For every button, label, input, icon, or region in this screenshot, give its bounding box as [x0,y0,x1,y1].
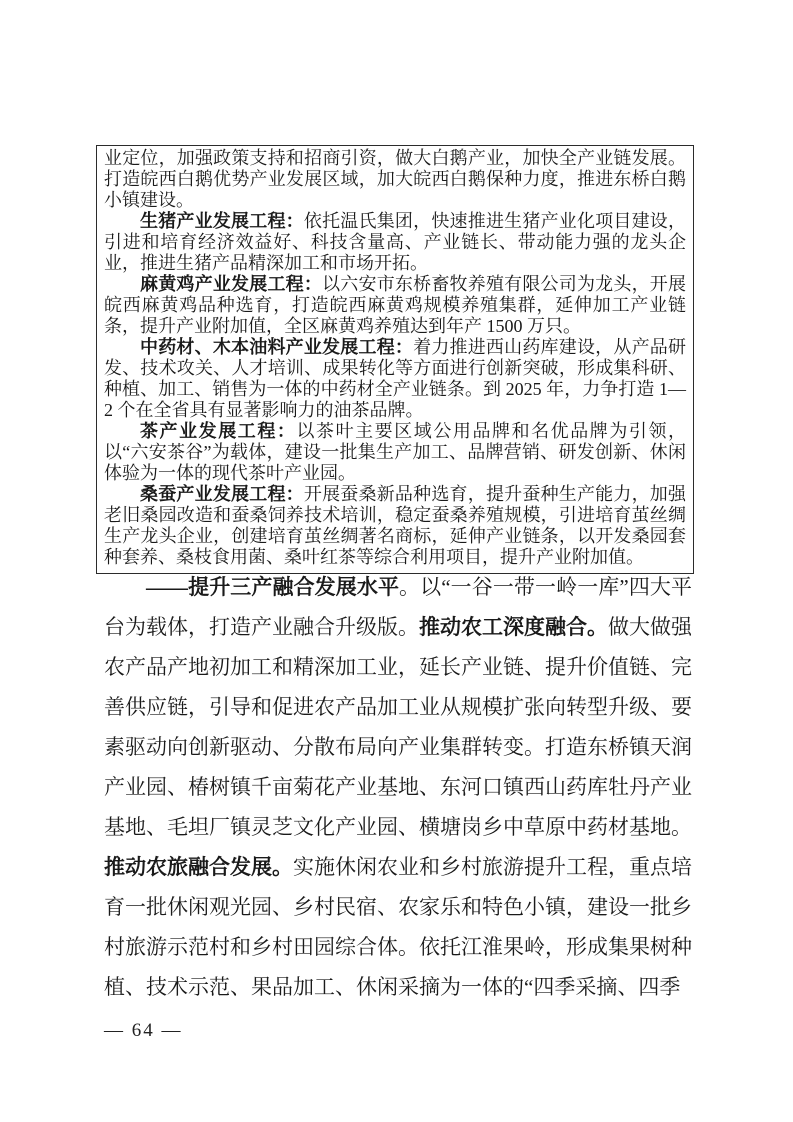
box-paragraph-lead: 茶产业发展工程： [140,421,296,441]
box-paragraph-silkworm-industry: 桑蚕产业发展工程：开展蚕桑新品种选育，提升蚕种生产能力，加强老旧桑园改造和蚕桑饲… [104,484,686,568]
box-paragraph-lead: 麻黄鸡产业发展工程： [140,274,322,294]
box-paragraph-herbs-oil-industry: 中药材、木本油料产业发展工程：着力推进西山药库建设，从产品研发、技术攻关、人才培… [104,337,686,421]
bold-run-three-industry-integration: ——提升三产融合发展水平 [146,575,399,599]
main-paragraph-industry-integration: ——提升三产融合发展水平。以“一谷一带一岭一库”四大平台为载体，打造产业融合升级… [104,567,692,1007]
box-paragraph-body: 业定位，加强政策支持和招商引资，做大白鹅产业，加快全产业链发展。打造皖西白鹅优势… [104,148,686,210]
box-paragraph-chicken-industry: 麻黄鸡产业发展工程：以六安市东桥畜牧养殖有限公司为龙头，开展皖西麻黄鸡品种选育，… [104,274,686,337]
box-paragraph-lead: 中药材、木本油料产业发展工程： [140,337,413,357]
box-paragraph-tea-industry: 茶产业发展工程：以茶叶主要区域公用品牌和名优品牌为引领，以“六安茶谷”为载体，建… [104,421,686,484]
box-paragraph-goose-continuation: 业定位，加强政策支持和招商引资，做大白鹅产业，加快全产业链发展。打造皖西白鹅优势… [104,148,686,211]
main-text-section: ——提升三产融合发展水平。以“一谷一带一岭一库”四大平台为载体，打造产业融合升级… [104,567,692,1007]
box-paragraph-lead: 桑蚕产业发展工程： [140,484,304,504]
boxed-text-section: 业定位，加强政策支持和招商引资，做大白鹅产业，加快全产业链发展。打造皖西白鹅优势… [96,145,694,574]
bold-run-agri-tourism-fusion: 推动农旅融合发展。 [104,855,293,879]
text-run: 做大做强农产品产地初加工和精深加工业，延长产业链、提升价值链、完善供应链，引导和… [104,615,692,839]
box-paragraph-lead: 生猪产业发展工程： [140,211,304,231]
bold-run-agri-industry-fusion: 推动农工深度融合。 [419,615,608,639]
document-page: 业定位，加强政策支持和招商引资，做大白鹅产业，加快全产业链发展。打造皖西白鹅优势… [0,0,793,1122]
page-number: — 64 — [104,1020,183,1042]
box-paragraph-pig-industry: 生猪产业发展工程：依托温氏集团，快速推进生猪产业化项目建设，引进和培育经济效益好… [104,211,686,274]
